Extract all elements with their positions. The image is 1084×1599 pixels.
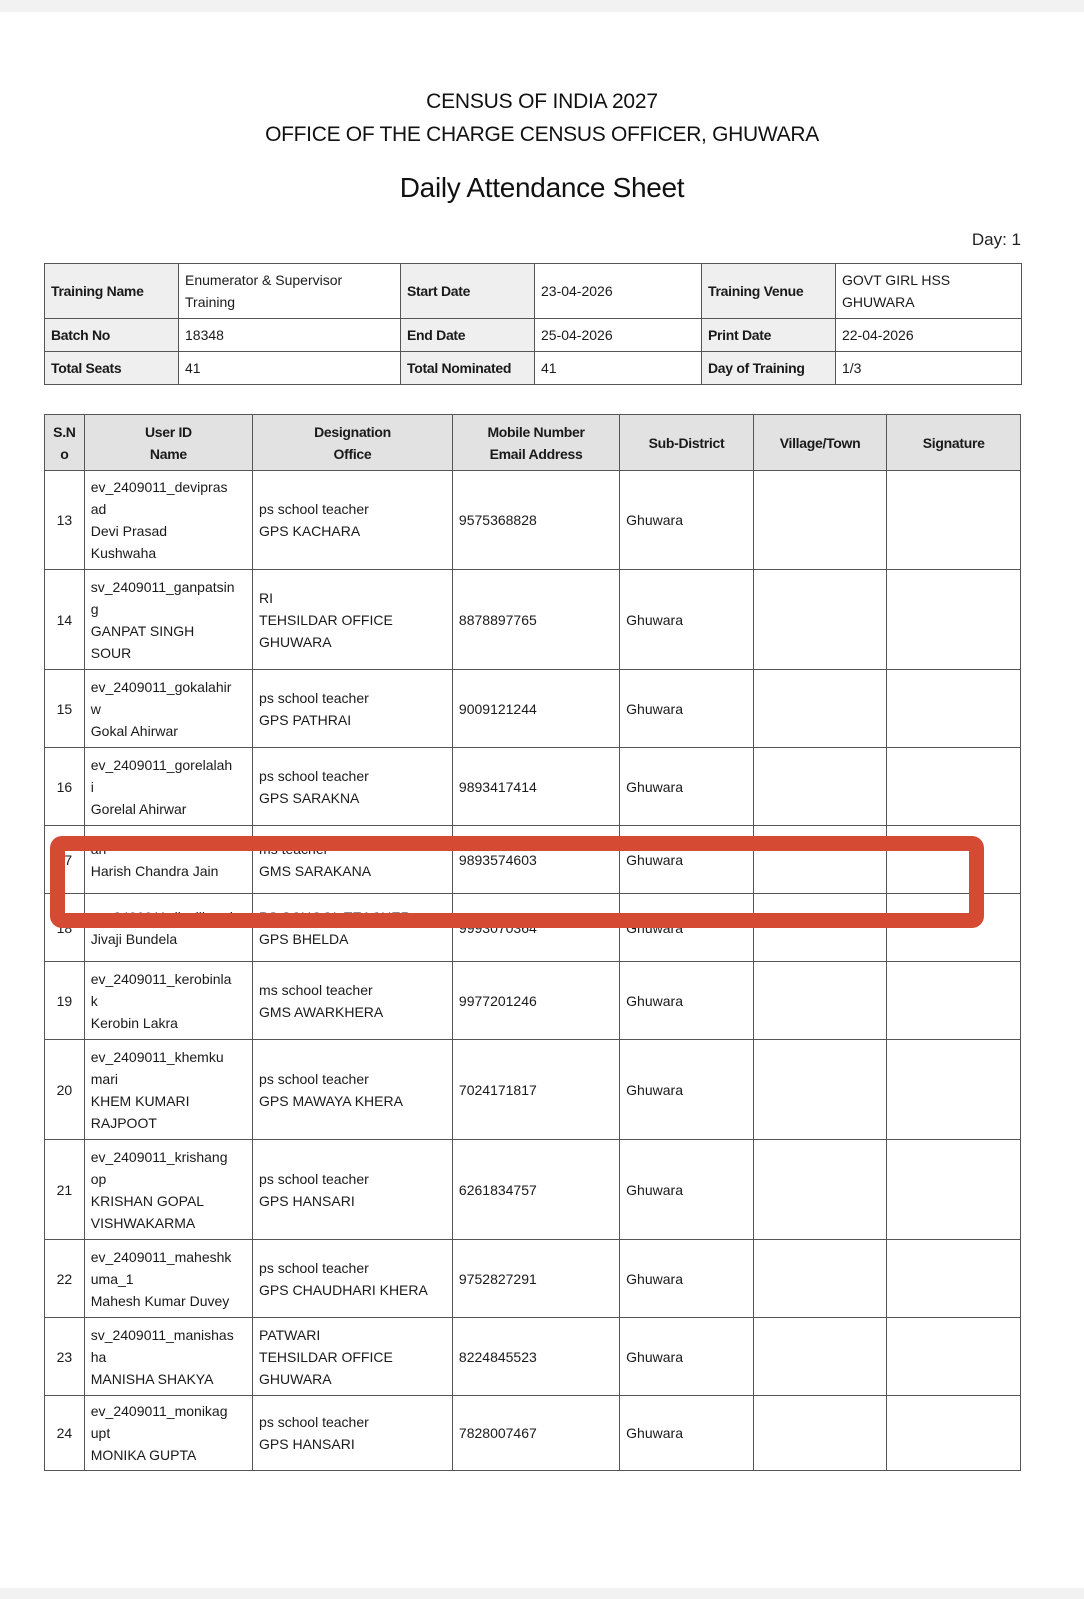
table-row: 14sv_2409011_ganpatsingGANPAT SINGHSOURR… bbox=[45, 570, 1021, 670]
row-designation: ps school teacherGPS MAWAYA KHERA bbox=[253, 1040, 453, 1140]
row-sno: 19 bbox=[45, 962, 85, 1040]
page-title: Daily Attendance Sheet bbox=[0, 172, 1084, 204]
table-row: 21ev_2409011_krishangopKRISHAN GOPALVISH… bbox=[45, 1140, 1021, 1240]
end-date-value: 25-04-2026 bbox=[535, 319, 702, 352]
row-village bbox=[753, 962, 887, 1040]
row-user: sv_2409011_manishashaMANISHA SHAKYA bbox=[84, 1318, 252, 1396]
row-subdistrict: Ghuwara bbox=[620, 1396, 754, 1471]
table-row: 15ev_2409011_gokalahirwGokal Ahirwarps s… bbox=[45, 670, 1021, 748]
row-subdistrict: Ghuwara bbox=[620, 826, 754, 894]
row-user: ev_2409011_maheshkuma_1Mahesh Kumar Duve… bbox=[84, 1240, 252, 1318]
row-sno: 21 bbox=[45, 1140, 85, 1240]
row-designation: ps school teacherGPS SARAKNA bbox=[253, 748, 453, 826]
row-mobile: 7828007467 bbox=[452, 1396, 619, 1471]
row-designation: ps school teacherGPS HANSARI bbox=[253, 1396, 453, 1471]
row-mobile: 7024171817 bbox=[452, 1040, 619, 1140]
row-user: ev_2409011_gorelalahiGorelal Ahirwar bbox=[84, 748, 252, 826]
row-designation: PATWARITEHSILDAR OFFICEGHUWARA bbox=[253, 1318, 453, 1396]
row-sno: 15 bbox=[45, 670, 85, 748]
training-name-value: Enumerator & SupervisorTraining bbox=[179, 264, 401, 319]
row-village bbox=[753, 894, 887, 962]
row-subdistrict: Ghuwara bbox=[620, 1040, 754, 1140]
row-signature bbox=[887, 1140, 1021, 1240]
table-row: 20ev_2409011_khemkumariKHEM KUMARIRAJPOO… bbox=[45, 1040, 1021, 1140]
row-mobile: 6261834757 bbox=[452, 1140, 619, 1240]
row-signature bbox=[887, 1240, 1021, 1318]
row-signature bbox=[887, 826, 1021, 894]
col-signature: Signature bbox=[887, 415, 1021, 471]
row-designation: ps school teacherGPS HANSARI bbox=[253, 1140, 453, 1240]
row-village bbox=[753, 1240, 887, 1318]
row-signature bbox=[887, 1396, 1021, 1471]
row-mobile: 8878897765 bbox=[452, 570, 619, 670]
row-mobile: 9009121244 bbox=[452, 670, 619, 748]
row-user: ev_2409011_gokalahirwGokal Ahirwar bbox=[84, 670, 252, 748]
start-date-label: Start Date bbox=[401, 264, 535, 319]
row-mobile: 9575368828 bbox=[452, 471, 619, 570]
day-of-training-label: Day of Training bbox=[702, 352, 836, 385]
row-subdistrict: Ghuwara bbox=[620, 670, 754, 748]
training-info-table: Training Name Enumerator & SupervisorTra… bbox=[44, 263, 1022, 385]
row-signature bbox=[887, 1040, 1021, 1140]
attendance-table: S.No User IDName DesignationOffice Mobil… bbox=[44, 414, 1021, 1471]
table-row: 16ev_2409011_gorelalahiGorelal Ahirwarps… bbox=[45, 748, 1021, 826]
row-user: ev_2409011_khemkumariKHEM KUMARIRAJPOOT bbox=[84, 1040, 252, 1140]
row-user: ev_2409011_deviprasadDevi PrasadKushwaha bbox=[84, 471, 252, 570]
col-user: User IDName bbox=[84, 415, 252, 471]
col-village: Village/Town bbox=[753, 415, 887, 471]
row-mobile: 9893417414 bbox=[452, 748, 619, 826]
col-contact: Mobile NumberEmail Address bbox=[452, 415, 619, 471]
print-date-value: 22-04-2026 bbox=[836, 319, 1022, 352]
table-row: 22ev_2409011_maheshkuma_1Mahesh Kumar Du… bbox=[45, 1240, 1021, 1318]
row-designation: ps school teacherGPS PATHRAI bbox=[253, 670, 453, 748]
end-date-label: End Date bbox=[401, 319, 535, 352]
col-subdistrict: Sub-District bbox=[620, 415, 754, 471]
row-subdistrict: Ghuwara bbox=[620, 962, 754, 1040]
table-row: 23sv_2409011_manishashaMANISHA SHAKYAPAT… bbox=[45, 1318, 1021, 1396]
row-sno: 16 bbox=[45, 748, 85, 826]
table-row: 24ev_2409011_monikaguptMONIKA GUPTAps sc… bbox=[45, 1396, 1021, 1471]
total-nominated-value: 41 bbox=[535, 352, 702, 385]
training-venue-value: GOVT GIRL HSSGHUWARA bbox=[836, 264, 1022, 319]
row-user: anHarish Chandra Jain bbox=[84, 826, 252, 894]
row-village bbox=[753, 748, 887, 826]
table-header-row: S.No User IDName DesignationOffice Mobil… bbox=[45, 415, 1021, 471]
row-subdistrict: Ghuwara bbox=[620, 570, 754, 670]
bottom-edge bbox=[0, 1588, 1084, 1599]
row-mobile: 9893574603 bbox=[452, 826, 619, 894]
row-village bbox=[753, 570, 887, 670]
row-designation: ps school teacherGPS KACHARA bbox=[253, 471, 453, 570]
row-signature bbox=[887, 962, 1021, 1040]
table-row: 13ev_2409011_deviprasadDevi PrasadKushwa… bbox=[45, 471, 1021, 570]
row-village bbox=[753, 1318, 887, 1396]
office-heading: OFFICE OF THE CHARGE CENSUS OFFICER, GHU… bbox=[0, 123, 1084, 147]
total-seats-label: Total Seats bbox=[45, 352, 179, 385]
row-signature bbox=[887, 570, 1021, 670]
batch-no-label: Batch No bbox=[45, 319, 179, 352]
row-sno: 22 bbox=[45, 1240, 85, 1318]
row-village bbox=[753, 826, 887, 894]
training-name-label: Training Name bbox=[45, 264, 179, 319]
row-mobile: 9977201246 bbox=[452, 962, 619, 1040]
row-user: ev_2409011_kerobinlakKerobin Lakra bbox=[84, 962, 252, 1040]
row-designation: ms school teacherGMS AWARKHERA bbox=[253, 962, 453, 1040]
table-row: 19ev_2409011_kerobinlakKerobin Lakrams s… bbox=[45, 962, 1021, 1040]
row-signature bbox=[887, 894, 1021, 962]
table-row: 17anHarish Chandra Jainms teacherGMS SAR… bbox=[45, 826, 1021, 894]
row-user: sv_2409011_ganpatsingGANPAT SINGHSOUR bbox=[84, 570, 252, 670]
row-village bbox=[753, 471, 887, 570]
row-signature bbox=[887, 471, 1021, 570]
row-sno: 18 bbox=[45, 894, 85, 962]
print-date-label: Print Date bbox=[702, 319, 836, 352]
row-mobile: 9993070364 bbox=[452, 894, 619, 962]
row-village bbox=[753, 670, 887, 748]
row-designation: RITEHSILDAR OFFICEGHUWARA bbox=[253, 570, 453, 670]
start-date-value: 23-04-2026 bbox=[535, 264, 702, 319]
row-mobile: 9752827291 bbox=[452, 1240, 619, 1318]
batch-no-value: 18348 bbox=[179, 319, 401, 352]
census-heading: CENSUS OF INDIA 2027 bbox=[0, 90, 1084, 114]
row-sno: 14 bbox=[45, 570, 85, 670]
row-sno: 13 bbox=[45, 471, 85, 570]
col-sno: S.No bbox=[45, 415, 85, 471]
row-sno: 24 bbox=[45, 1396, 85, 1471]
row-mobile: 8224845523 bbox=[452, 1318, 619, 1396]
row-signature bbox=[887, 1318, 1021, 1396]
row-designation: ms teacherGMS SARAKANA bbox=[253, 826, 453, 894]
row-subdistrict: Ghuwara bbox=[620, 471, 754, 570]
row-user: ev_2409011_monikaguptMONIKA GUPTA bbox=[84, 1396, 252, 1471]
row-subdistrict: Ghuwara bbox=[620, 1240, 754, 1318]
total-seats-value: 41 bbox=[179, 352, 401, 385]
row-user: ev_2409011_krishangopKRISHAN GOPALVISHWA… bbox=[84, 1140, 252, 1240]
row-sno: 17 bbox=[45, 826, 85, 894]
row-designation: ps school teacherGPS CHAUDHARI KHERA bbox=[253, 1240, 453, 1318]
top-edge bbox=[0, 0, 1084, 12]
row-user: ev_2409011_jivajibundJivaji Bundela bbox=[84, 894, 252, 962]
row-designation: PS SCHOOL TEACHERGPS BHELDA bbox=[253, 894, 453, 962]
row-sno: 23 bbox=[45, 1318, 85, 1396]
col-designation: DesignationOffice bbox=[253, 415, 453, 471]
row-village bbox=[753, 1140, 887, 1240]
row-subdistrict: Ghuwara bbox=[620, 1140, 754, 1240]
table-row: 18ev_2409011_jivajibundJivaji BundelaPS … bbox=[45, 894, 1021, 962]
row-subdistrict: Ghuwara bbox=[620, 894, 754, 962]
row-subdistrict: Ghuwara bbox=[620, 748, 754, 826]
row-signature bbox=[887, 670, 1021, 748]
day-of-training-value: 1/3 bbox=[836, 352, 1022, 385]
row-village bbox=[753, 1040, 887, 1140]
training-venue-label: Training Venue bbox=[702, 264, 836, 319]
day-label: Day: 1 bbox=[972, 230, 1021, 250]
row-sno: 20 bbox=[45, 1040, 85, 1140]
total-nominated-label: Total Nominated bbox=[401, 352, 535, 385]
row-signature bbox=[887, 748, 1021, 826]
row-subdistrict: Ghuwara bbox=[620, 1318, 754, 1396]
row-village bbox=[753, 1396, 887, 1471]
